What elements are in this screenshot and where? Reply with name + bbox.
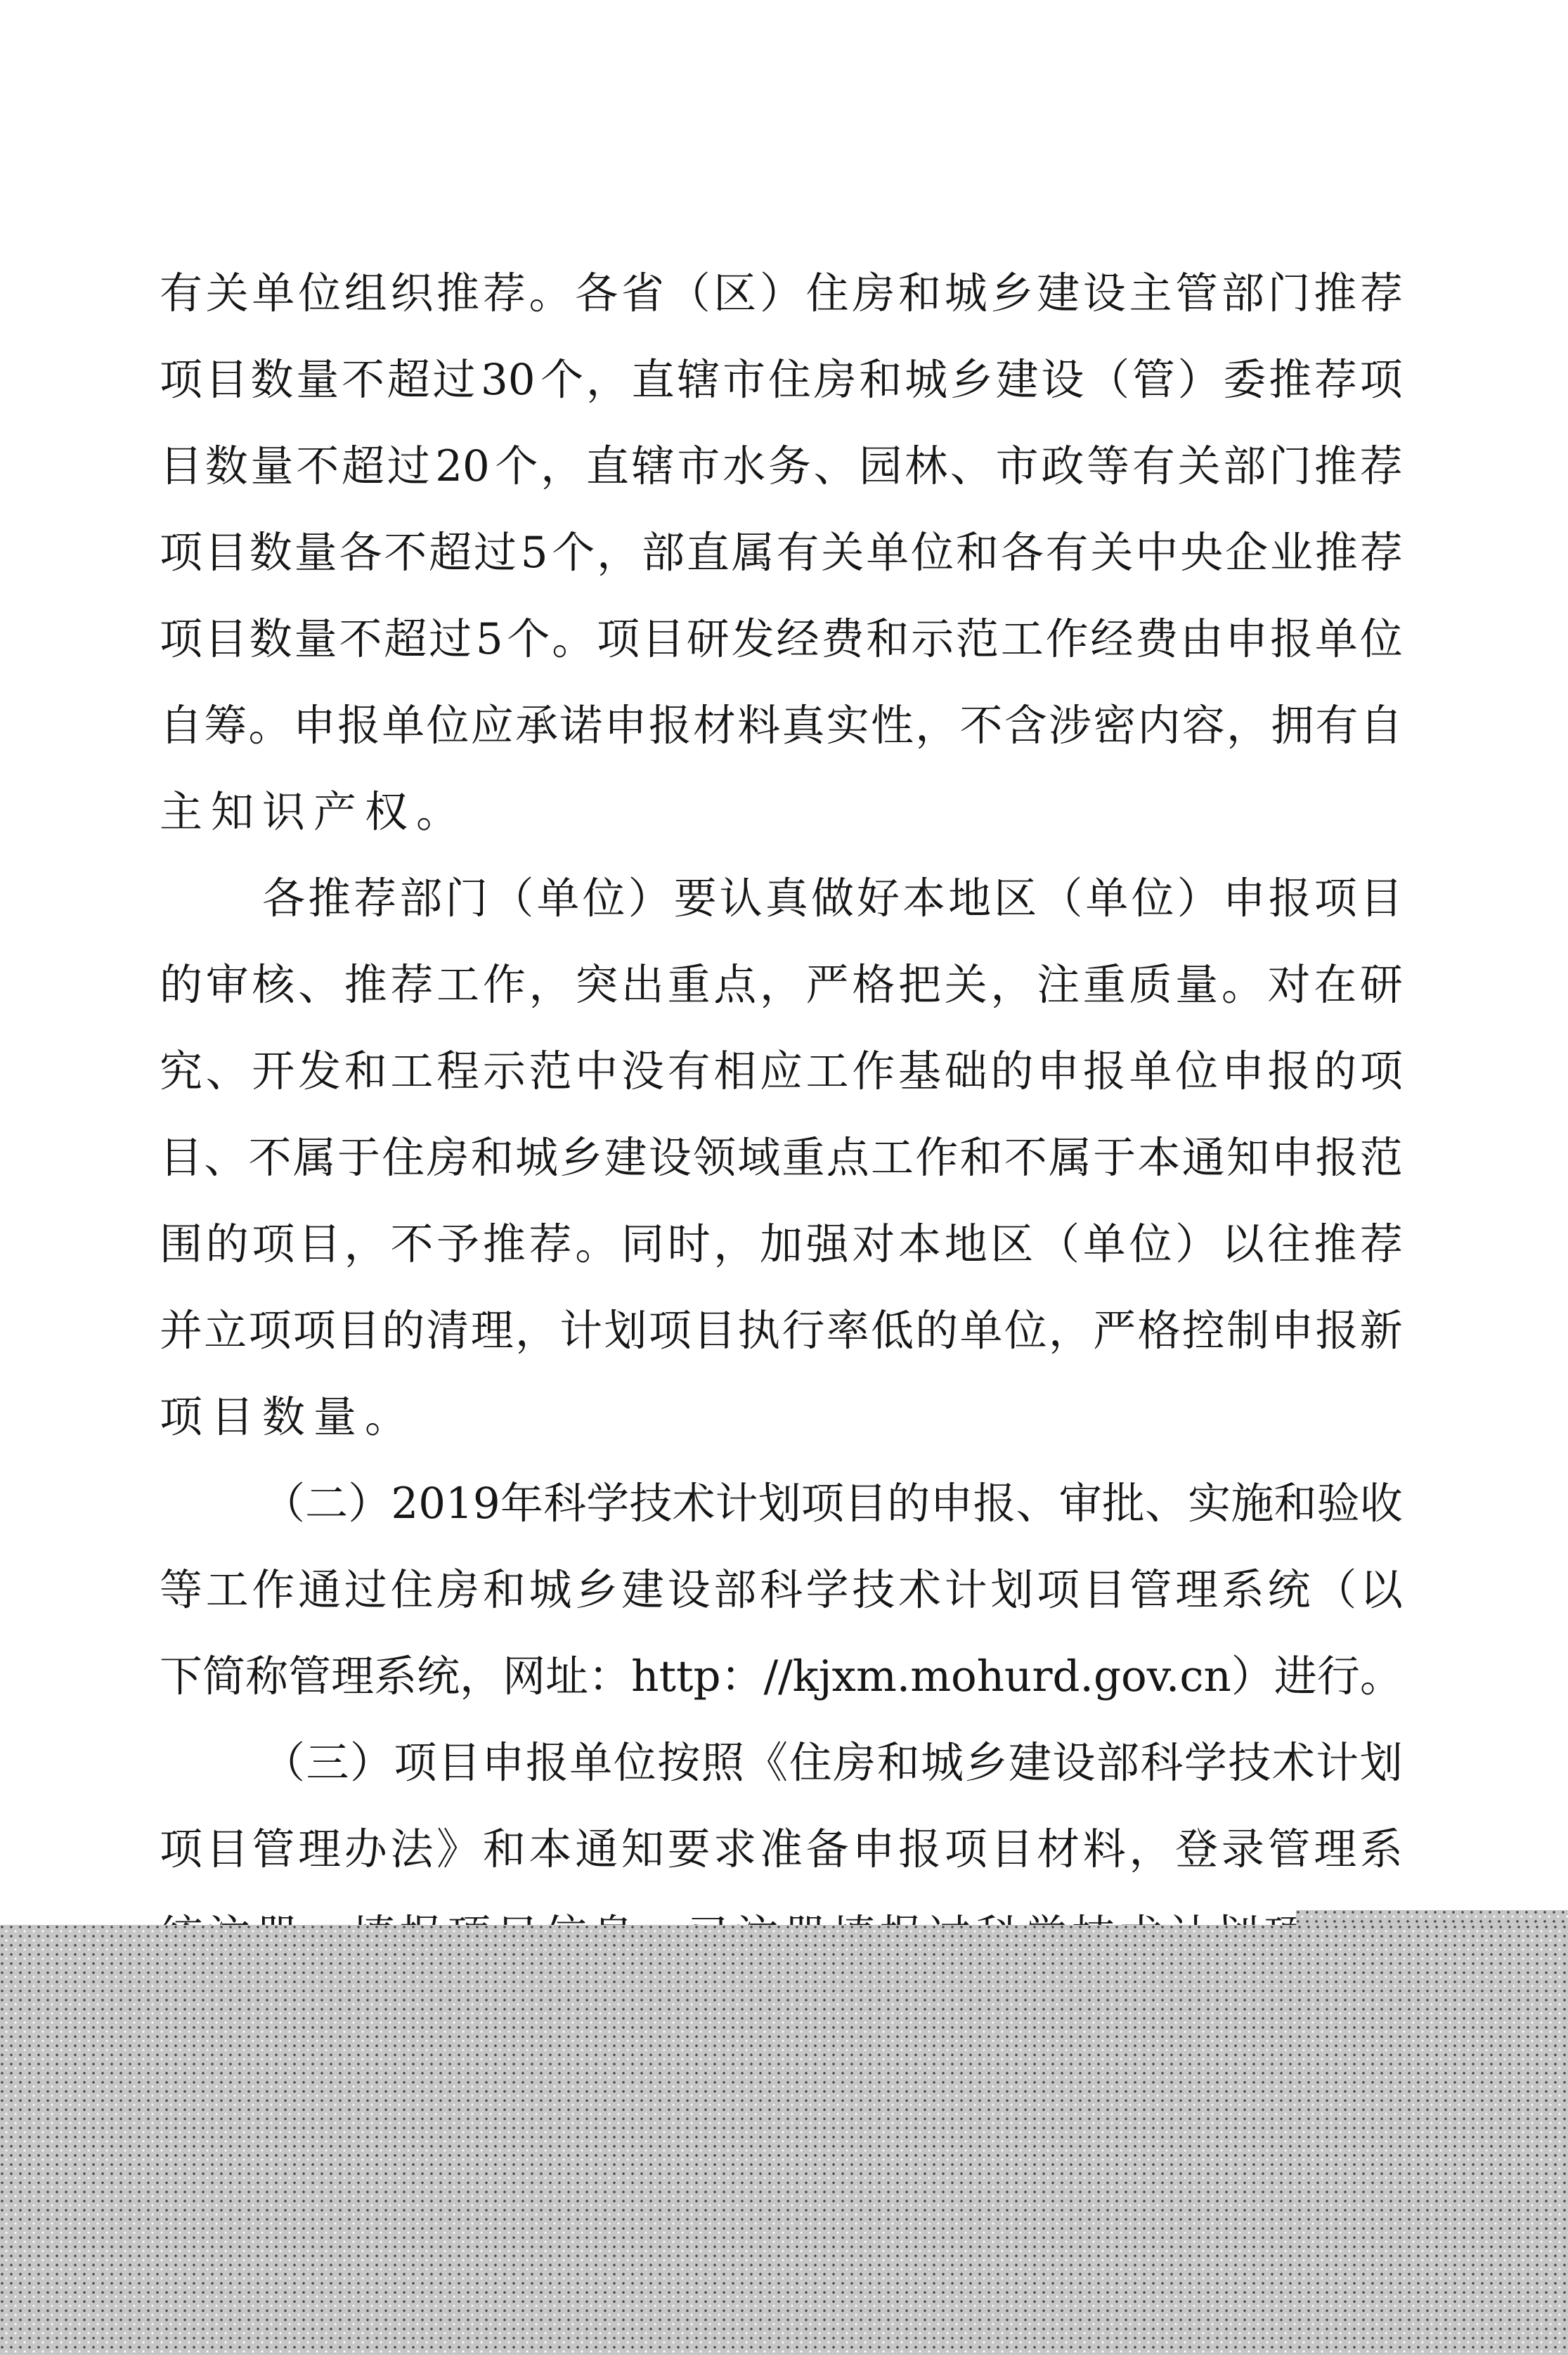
text-line-13: 并立项项目的清理，计划项目执行率低的单位，严格控制申报新 — [160, 1287, 1403, 1374]
glyph-token: 水 — [723, 423, 765, 510]
glyph-token: 于 — [337, 1115, 380, 1201]
glyph-token: 应 — [760, 1028, 803, 1115]
glyph-token: 的 — [382, 1287, 425, 1374]
glyph-token: 有 — [1316, 682, 1359, 769]
glyph-token: 和 — [898, 250, 941, 337]
glyph-token: 围 — [160, 1201, 202, 1287]
glyph-token: 系 — [1222, 1547, 1264, 1633]
glyph-token: 织 — [390, 250, 433, 337]
glyph-token: 报 — [526, 1720, 569, 1806]
glyph-token: 位 — [911, 510, 954, 596]
glyph-token: 研 — [1360, 942, 1403, 1028]
glyph-token: 部 — [1222, 250, 1264, 337]
glyph-token: 组 — [344, 250, 387, 337]
glyph-token: 关 — [1091, 510, 1134, 596]
glyph-token: 关 — [945, 942, 987, 1028]
glyph-token: 目 — [438, 1720, 481, 1806]
glyph-token: 、 — [1016, 1460, 1059, 1547]
glyph-token: 申 — [1222, 1028, 1264, 1115]
text-line-14: 项目数量。 — [160, 1374, 1403, 1460]
glyph-token: 位 — [1131, 855, 1174, 942]
glyph-token: 和 — [483, 1806, 526, 1893]
glyph-token: 项 — [160, 337, 202, 423]
glyph-token: 有 — [1132, 423, 1175, 510]
glyph-token: 位 — [427, 682, 469, 769]
glyph-token: 有 — [777, 510, 819, 596]
glyph-token: 点 — [827, 1115, 869, 1201]
glyph-token: 时 — [668, 1201, 711, 1287]
glyph-token: 5 — [476, 596, 503, 682]
glyph-token: 登 — [1175, 1806, 1218, 1893]
glyph-token: 。 — [1222, 942, 1264, 1028]
glyph-token: 项 — [1360, 1028, 1403, 1115]
glyph-token: 真 — [782, 682, 825, 769]
glyph-token: 推 — [1314, 250, 1356, 337]
glyph-token: 央 — [1180, 510, 1223, 596]
glyph-token: 强 — [806, 1201, 849, 1287]
glyph-token: 认 — [720, 855, 763, 942]
glyph-token: 单 — [252, 250, 294, 337]
glyph-token: ） — [1231, 1633, 1274, 1720]
glyph-token: 费 — [1135, 596, 1178, 682]
glyph-token: 涉 — [1049, 682, 1091, 769]
glyph-token: ， — [990, 942, 1033, 1028]
glyph-token: 科 — [543, 1460, 586, 1547]
glyph-token: 重 — [1083, 942, 1126, 1028]
glyph-token: 内 — [1138, 682, 1181, 769]
glyph-token: 含 — [1004, 682, 1047, 769]
glyph-token: ） — [1178, 337, 1221, 423]
glyph-token: 年 — [500, 1460, 543, 1547]
glyph-token: 计 — [715, 1460, 758, 1547]
glyph-token: 项 — [649, 1287, 692, 1374]
glyph-token: 量 — [251, 423, 294, 510]
glyph-token: 个 — [495, 423, 538, 510]
glyph-token: 管 — [252, 1806, 294, 1893]
glyph-token: 和 — [471, 1115, 514, 1201]
glyph-token: 单 — [382, 682, 425, 769]
glyph-token: 控 — [1182, 1287, 1225, 1374]
glyph-token: 《 — [745, 1720, 788, 1806]
glyph-token: gov. — [1094, 1633, 1179, 1720]
glyph-token: 划 — [604, 1287, 647, 1374]
text-line-4: 项目数量各不超过 5 个，部直属有关单位和各有关中央企业推荐 — [160, 510, 1403, 596]
glyph-token: 部 — [713, 1547, 756, 1633]
glyph-token: 称 — [245, 1633, 288, 1720]
glyph-token: 乡 — [559, 1115, 602, 1201]
glyph-token: ， — [515, 1287, 558, 1374]
glyph-token: 目 — [642, 596, 685, 682]
glyph-token: cn — [1179, 1633, 1231, 1720]
text-line-1: 有关单位组织推荐。各省（区）住房和城乡建设主管部门推荐 — [160, 250, 1403, 337]
glyph-token: 设 — [1052, 1720, 1095, 1806]
glyph-token: 、 — [1145, 1460, 1188, 1547]
glyph-token: 目 — [337, 1287, 380, 1374]
glyph-token: 系 — [374, 1633, 417, 1720]
glyph-token: 核 — [252, 942, 294, 1028]
glyph-token: （ — [491, 855, 533, 942]
glyph-token: 和 — [859, 337, 902, 423]
glyph-token: 超 — [429, 510, 472, 596]
glyph-token: 过 — [474, 510, 517, 596]
glyph-token: ： — [588, 1633, 631, 1720]
glyph-token: 单 — [866, 510, 909, 596]
text-line-11: 目、不属于住房和城乡建设领域重点工作和不属于本通知申报范 — [160, 1115, 1403, 1201]
glyph-token: 报 — [649, 682, 692, 769]
glyph-token: 网 — [503, 1633, 545, 1720]
glyph-token: ， — [597, 510, 640, 596]
glyph-token: 建 — [1037, 250, 1080, 337]
glyph-token: 申 — [852, 1806, 895, 1893]
glyph-token: （ — [668, 250, 711, 337]
glyph-token: 作 — [252, 1547, 294, 1633]
glyph-token: 工 — [390, 1028, 433, 1115]
glyph-token: （ — [1039, 855, 1082, 942]
glyph-token: 区 — [990, 1201, 1033, 1287]
glyph-token: 自 — [1360, 682, 1403, 769]
glyph-token: 管 — [288, 1633, 331, 1720]
glyph-token: 自 — [160, 682, 202, 769]
glyph-token: 乡 — [950, 337, 993, 423]
glyph-token: 申 — [1225, 596, 1268, 682]
glyph-token: 荐 — [1360, 423, 1403, 510]
glyph-token: 申 — [293, 682, 336, 769]
glyph-token: 行 — [1317, 1633, 1360, 1720]
glyph-token: 荐 — [1360, 1201, 1403, 1287]
glyph-token: 位 — [583, 855, 626, 942]
glyph-token: 报 — [337, 682, 380, 769]
glyph-token: 位 — [1129, 1201, 1172, 1287]
glyph-token: 单 — [960, 1287, 1003, 1374]
glyph-token: （ — [1314, 1547, 1356, 1633]
glyph-token: 划 — [758, 1460, 801, 1547]
glyph-token: 城 — [945, 250, 987, 337]
glyph-token: 技 — [1228, 1720, 1271, 1806]
glyph-token: 30 — [481, 337, 536, 423]
glyph-token: 程 — [436, 1028, 479, 1115]
glyph-token: 报 — [1083, 1028, 1126, 1115]
glyph-token: 录 — [1222, 1806, 1264, 1893]
glyph-token: 项 — [945, 1806, 987, 1893]
glyph-token: 和 — [1274, 1460, 1316, 1547]
glyph-token: 作 — [852, 1028, 895, 1115]
glyph-token: 学 — [1184, 1720, 1227, 1806]
glyph-token: 的 — [915, 1287, 958, 1374]
glyph-token: 对 — [1268, 942, 1311, 1028]
glyph-token: 中 — [575, 1028, 618, 1115]
glyph-token: 清 — [427, 1287, 469, 1374]
glyph-token: 要 — [668, 1806, 711, 1893]
glyph-token: 密 — [1093, 682, 1136, 769]
glyph-token: 目 — [693, 1287, 736, 1374]
glyph-token: 按 — [657, 1720, 700, 1806]
glyph-token: 主 — [1129, 250, 1172, 337]
glyph-token: 三 — [306, 1720, 349, 1806]
glyph-token: 理 — [1175, 1547, 1218, 1633]
glyph-token: 领 — [693, 1115, 736, 1201]
glyph-token: 报 — [898, 1806, 941, 1893]
glyph-token: 建 — [1009, 1720, 1051, 1806]
glyph-token: 经 — [777, 596, 819, 682]
glyph-token: 不 — [339, 596, 382, 682]
glyph-token: ） — [1175, 1201, 1218, 1287]
glyph-token: 基 — [898, 1028, 941, 1115]
glyph-token: 数 — [205, 423, 248, 510]
glyph-token: （ — [1087, 337, 1129, 423]
glyph-token: 本 — [1138, 1115, 1181, 1201]
glyph-token: 由 — [1180, 596, 1223, 682]
text-line-2: 项目数量不超过 30 个，直辖市住房和城乡建设（管）委推荐项 — [160, 337, 1403, 423]
glyph-token: 设 — [1083, 250, 1126, 337]
glyph-token: 工 — [806, 1028, 849, 1115]
glyph-token: 技 — [629, 1460, 672, 1547]
glyph-token: 辖 — [677, 337, 720, 423]
glyph-token: 科 — [1140, 1720, 1183, 1806]
glyph-token: 、 — [206, 1028, 249, 1115]
glyph-token: 住 — [789, 1720, 832, 1806]
glyph-token: （ — [1037, 1201, 1080, 1287]
glyph-token: 位 — [1175, 1028, 1218, 1115]
glyph-token: 求 — [713, 1806, 756, 1893]
glyph-token: 荐 — [1360, 510, 1403, 596]
glyph-token: 二 — [305, 1460, 348, 1547]
glyph-token: 工 — [436, 942, 479, 1028]
glyph-token: 准 — [760, 1806, 803, 1893]
glyph-token: 知 — [1226, 1115, 1269, 1201]
glyph-token: 超 — [387, 337, 430, 423]
glyph-token: 范 — [956, 596, 999, 682]
glyph-token: 对 — [852, 1201, 895, 1287]
glyph-token: 系 — [1360, 1806, 1403, 1893]
glyph-token: 位 — [614, 1720, 656, 1806]
glyph-token: ， — [1129, 1806, 1172, 1893]
glyph-token: 不 — [1004, 1115, 1047, 1201]
glyph-token: 申 — [1271, 1115, 1314, 1201]
glyph-token: 理 — [1314, 1806, 1356, 1893]
glyph-token: 、 — [298, 942, 341, 1028]
glyph-token: 量 — [294, 596, 337, 682]
glyph-token: 低 — [871, 1287, 914, 1374]
glyph-token: 格 — [852, 942, 895, 1028]
glyph-token: 报 — [1269, 855, 1311, 942]
glyph-token: 部 — [399, 855, 442, 942]
glyph-token: 城 — [921, 1720, 964, 1806]
glyph-token: 过 — [344, 1547, 387, 1633]
glyph-token: 统 — [1268, 1547, 1311, 1633]
glyph-token: 注 — [1037, 942, 1080, 1028]
text-line-19: 项目管理办法》和本通知要求准备申报项目材料，登录管理系 — [160, 1806, 1403, 1893]
glyph-token: 住 — [390, 1547, 433, 1633]
document-page: 有关单位组织推荐。各省（区）住房和城乡建设主管部门推荐项目数量不超过 30 个，… — [0, 0, 1568, 2355]
glyph-token: 简 — [202, 1633, 245, 1720]
glyph-token: 把 — [898, 942, 941, 1028]
redaction-block — [0, 1925, 1568, 2355]
glyph-token: 不 — [296, 423, 339, 510]
glyph-token: 申 — [481, 1720, 524, 1806]
glyph-token: 目 — [160, 423, 202, 510]
glyph-token: 和 — [344, 1028, 387, 1115]
glyph-token: 材 — [1037, 1806, 1080, 1893]
glyph-token: 和 — [483, 1547, 526, 1633]
glyph-token: 超 — [384, 596, 427, 682]
glyph-token: ， — [915, 682, 958, 769]
glyph-token: 发 — [732, 596, 775, 682]
glyph-token: 本 — [529, 1806, 572, 1893]
glyph-token: //kjxm. — [764, 1633, 911, 1720]
glyph-token: 推 — [1314, 423, 1357, 510]
glyph-token: 理 — [471, 1287, 514, 1374]
glyph-token: 推 — [1315, 510, 1358, 596]
glyph-token: 各 — [1001, 510, 1044, 596]
glyph-token: 单 — [569, 1720, 612, 1806]
glyph-token: 相 — [713, 1028, 756, 1115]
glyph-token: 批 — [1102, 1460, 1145, 1547]
glyph-token: 验 — [1317, 1460, 1360, 1547]
glyph-token: 施 — [1231, 1460, 1274, 1547]
glyph-token: 础 — [945, 1028, 987, 1115]
glyph-token: 目 — [1083, 1547, 1126, 1633]
glyph-token: 术 — [672, 1460, 715, 1547]
text-line-7: 主知识产权。 — [160, 769, 1403, 855]
glyph-token: 关 — [821, 510, 864, 596]
glyph-token: 通 — [575, 1806, 618, 1893]
glyph-token: 委 — [1223, 337, 1266, 423]
glyph-token: 数 — [250, 510, 292, 596]
glyph-token: 域 — [737, 1115, 780, 1201]
document-text-block: 有关单位组织推荐。各省（区）住房和城乡建设主管部门推荐项目数量不超过 30 个，… — [160, 250, 1403, 1979]
glyph-token: 乡 — [990, 250, 1033, 337]
glyph-token: 理 — [298, 1806, 341, 1893]
glyph-token: 项 — [597, 596, 640, 682]
glyph-token: 推 — [436, 250, 479, 337]
glyph-token: 住 — [768, 337, 811, 423]
glyph-token: 住 — [806, 250, 849, 337]
glyph-token: 严 — [806, 942, 849, 1028]
glyph-token: 的 — [990, 1028, 1033, 1115]
glyph-token: 市 — [723, 337, 765, 423]
glyph-token: 和 — [877, 1720, 920, 1806]
glyph-token: 荐 — [529, 1201, 572, 1287]
glyph-token: 划 — [990, 1547, 1033, 1633]
glyph-token: 立 — [204, 1287, 247, 1374]
glyph-token: 数 — [251, 337, 294, 423]
glyph-token: 进 — [1274, 1633, 1317, 1720]
glyph-token: 的 — [206, 1201, 249, 1287]
glyph-token: 房 — [436, 1547, 479, 1633]
glyph-token: 以 — [1360, 1547, 1403, 1633]
glyph-token: 项 — [394, 1720, 436, 1806]
glyph-token: 单 — [1085, 855, 1128, 942]
glyph-token: 示 — [483, 1028, 526, 1115]
glyph-token: 区 — [713, 250, 756, 337]
glyph-token: 》 — [436, 1806, 479, 1893]
glyph-token: 目 — [298, 1201, 341, 1287]
glyph-token: 报 — [973, 1460, 1016, 1547]
glyph-token: 单 — [536, 855, 579, 942]
glyph-token: 容 — [1182, 682, 1225, 769]
glyph-token: 科 — [760, 1547, 803, 1633]
glyph-token: 目 — [160, 1115, 202, 1201]
glyph-token: 荐 — [483, 250, 526, 337]
glyph-token: 筹 — [204, 682, 247, 769]
glyph-token: 单 — [1315, 596, 1358, 682]
glyph-token: 设 — [649, 1115, 692, 1201]
glyph-token: 目 — [1360, 855, 1403, 942]
glyph-token: 作 — [1046, 596, 1089, 682]
glyph-token: 项 — [293, 1287, 336, 1374]
glyph-token: 制 — [1226, 1287, 1269, 1374]
glyph-token: 格 — [1138, 1287, 1181, 1374]
glyph-token: 荐 — [1360, 250, 1403, 337]
glyph-token: 城 — [515, 1115, 558, 1201]
glyph-token: 荐 — [354, 855, 396, 942]
glyph-token: 建 — [604, 1115, 647, 1201]
glyph-token: 乡 — [575, 1547, 618, 1633]
glyph-token: 真 — [765, 855, 808, 942]
glyph-token: 往 — [1268, 1201, 1311, 1287]
glyph-token: 和 — [960, 1115, 1003, 1201]
glyph-token: ） — [348, 1460, 391, 1547]
glyph-token: 不 — [342, 337, 384, 423]
glyph-token: 业 — [1270, 510, 1313, 596]
glyph-token: 推 — [1269, 337, 1311, 423]
glyph-token: 门 — [1269, 423, 1311, 510]
glyph-token: 目 — [205, 337, 248, 423]
glyph-token: 备 — [806, 1806, 849, 1893]
glyph-token: 行 — [782, 1287, 825, 1374]
glyph-token: ， — [344, 1201, 387, 1287]
glyph-token: 严 — [1093, 1287, 1136, 1374]
glyph-token: 门 — [445, 855, 488, 942]
glyph-token: 诺 — [559, 682, 602, 769]
glyph-token: 属 — [293, 1115, 336, 1201]
glyph-token: 直 — [586, 423, 629, 510]
glyph-token: 照 — [701, 1720, 744, 1806]
glyph-token: ） — [628, 855, 671, 942]
glyph-token: 部 — [642, 510, 685, 596]
glyph-token: 直 — [632, 337, 675, 423]
glyph-token: 项 — [160, 1806, 202, 1893]
text-line-6: 自筹。申报单位应承诺申报材料真实性，不含涉密内容，拥有自 — [160, 682, 1403, 769]
glyph-token: 料 — [1083, 1806, 1126, 1893]
glyph-token: 项 — [1037, 1547, 1080, 1633]
glyph-token: 开 — [252, 1028, 294, 1115]
glyph-token: 管 — [1132, 337, 1175, 423]
glyph-token: 报 — [1270, 596, 1313, 682]
glyph-token: 目 — [206, 1806, 249, 1893]
glyph-token: 报 — [1316, 1115, 1359, 1201]
glyph-token: 量 — [296, 337, 339, 423]
glyph-token: 收 — [1360, 1460, 1403, 1547]
glyph-token: 个 — [507, 596, 550, 682]
glyph-token: 术 — [898, 1547, 941, 1633]
glyph-token: 申 — [604, 682, 647, 769]
glyph-token: 数 — [250, 596, 292, 682]
glyph-token: ： — [721, 1633, 764, 1720]
glyph-token: 经 — [1091, 596, 1134, 682]
glyph-token: 门 — [1268, 250, 1311, 337]
glyph-token: 在 — [1314, 942, 1356, 1028]
glyph-token: 材 — [693, 682, 736, 769]
text-line-17: 下简称管理系统，网址：http：//kjxm. mohurd. gov. cn）… — [160, 1633, 1403, 1720]
glyph-token: 加 — [760, 1201, 803, 1287]
glyph-token: 属 — [732, 510, 775, 596]
glyph-token: 目 — [205, 510, 247, 596]
glyph-token: 量 — [294, 510, 337, 596]
glyph-token: 位 — [1360, 596, 1403, 682]
text-line-16: 等工作通过住房和城乡建设部科学技术计划项目管理系统（以 — [160, 1547, 1403, 1633]
glyph-token: 料 — [737, 682, 780, 769]
